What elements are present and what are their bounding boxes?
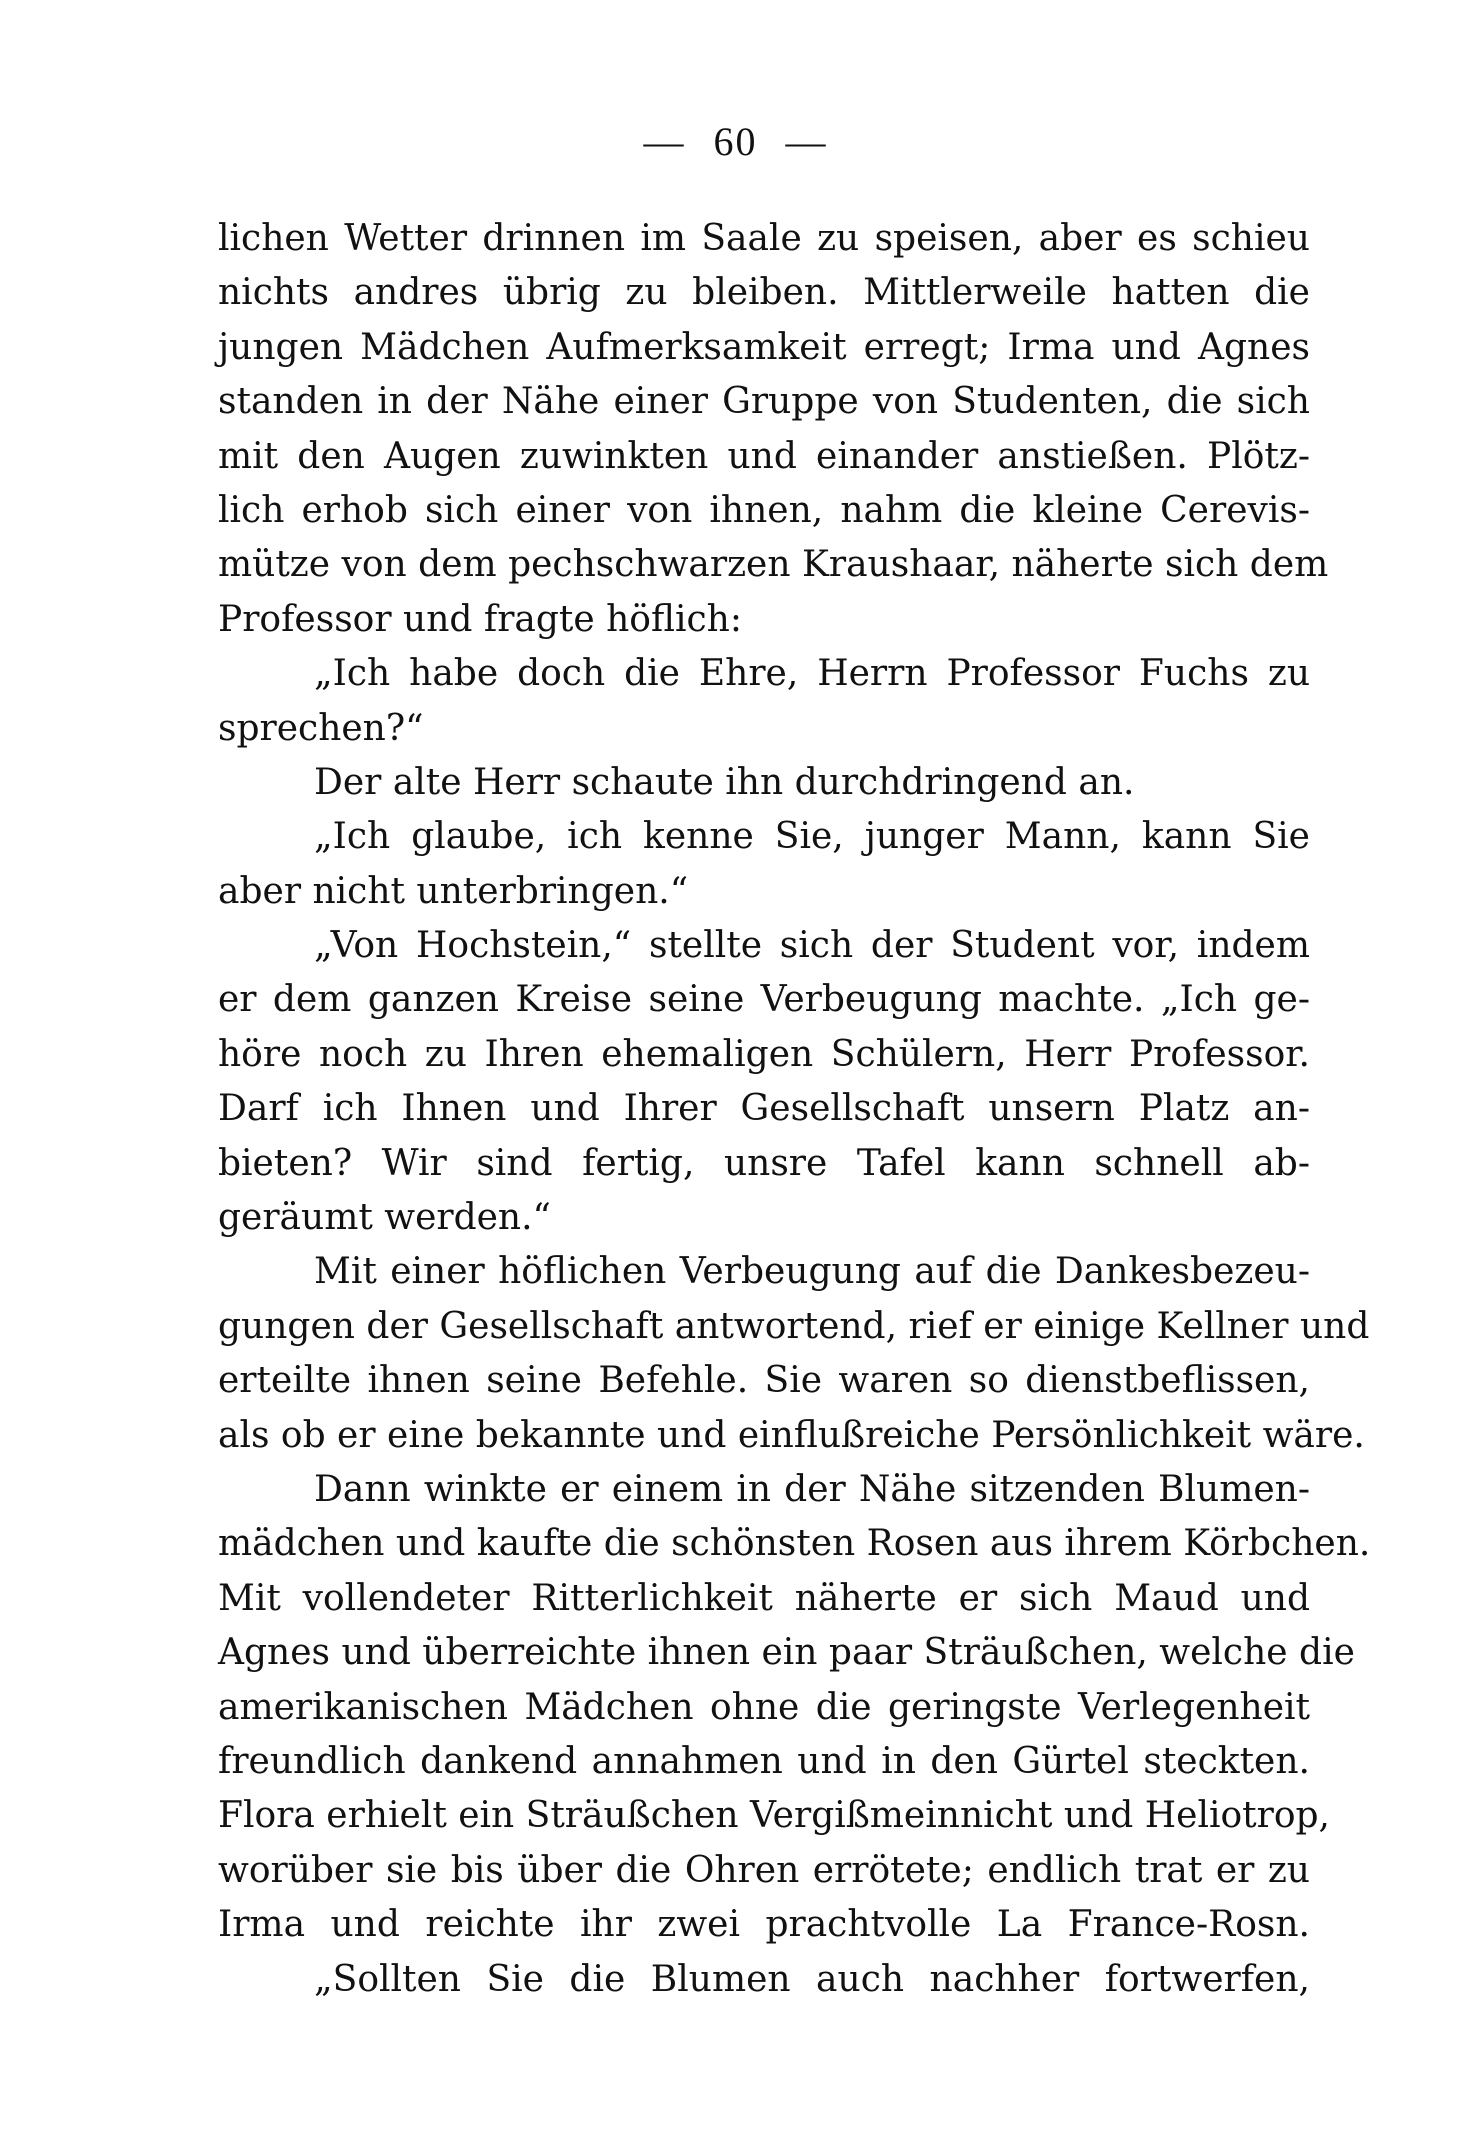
text-line: Flora erhielt ein Sträußchen Vergißmeinn… (218, 1789, 1310, 1843)
text-line: Dann winkte er einem in der Nähe sitzend… (218, 1463, 1310, 1517)
text-line: geräumt werden.“ (218, 1191, 1310, 1245)
text-line: lich erhob sich einer von ihnen, nahm di… (218, 484, 1310, 538)
page-number-header: —60— (0, 118, 1471, 165)
text-line: Der alte Herr schaute ihn durchdringend … (218, 756, 1310, 810)
text-line: Mit einer höflichen Verbeugung auf die D… (218, 1245, 1310, 1299)
text-line: Professor und fragte höflich: (218, 593, 1310, 647)
text-line: mütze von dem pechschwarzen Kraushaar, n… (218, 538, 1310, 592)
text-line: Agnes und überreichte ihnen ein paar Str… (218, 1626, 1310, 1680)
text-line: gungen der Gesellschaft antwortend, rief… (218, 1300, 1310, 1354)
text-line: sprechen?“ (218, 702, 1310, 756)
text-line: Irma und reichte ihr zwei prachtvolle La… (218, 1898, 1310, 1952)
text-line: als ob er eine bekannte und einflußreich… (218, 1409, 1310, 1463)
book-page: —60— lichen Wetter drinnen im Saale zu s… (0, 0, 1471, 2142)
left-dash: — (644, 118, 686, 165)
text-line: „Ich habe doch die Ehre, Herrn Professor… (218, 647, 1310, 701)
text-line: er dem ganzen Kreise seine Verbeugung ma… (218, 973, 1310, 1027)
text-line: Mit vollendeter Ritterlichkeit näherte e… (218, 1572, 1310, 1626)
text-line: worüber sie bis über die Ohren errötete;… (218, 1844, 1310, 1898)
right-dash: — (786, 118, 828, 165)
text-line: aber nicht unterbringen.“ (218, 865, 1310, 919)
text-line: freundlich dankend annahmen und in den G… (218, 1735, 1310, 1789)
text-line: erteilte ihnen seine Befehle. Sie waren … (218, 1354, 1310, 1408)
text-line: jungen Mädchen Aufmerksamkeit erregt; Ir… (218, 321, 1310, 375)
text-line: standen in der Nähe einer Gruppe von Stu… (218, 375, 1310, 429)
text-line: „Ich glaube, ich kenne Sie, junger Mann,… (218, 810, 1310, 864)
text-line: „Sollten Sie die Blumen auch nachher for… (218, 1953, 1310, 2007)
text-line: Darf ich Ihnen und Ihrer Gesellschaft un… (218, 1082, 1310, 1136)
text-line: bieten? Wir sind fertig, unsre Tafel kan… (218, 1137, 1310, 1191)
page-number: 60 (714, 119, 758, 164)
text-line: „Von Hochstein,“ stellte sich der Studen… (218, 919, 1310, 973)
text-line: mit den Augen zuwinkten und einander ans… (218, 430, 1310, 484)
body-text: lichen Wetter drinnen im Saale zu speise… (218, 212, 1310, 2007)
text-line: nichts andres übrig zu bleiben. Mittlerw… (218, 266, 1310, 320)
text-line: amerikanischen Mädchen ohne die geringst… (218, 1681, 1310, 1735)
text-line: höre noch zu Ihren ehemaligen Schülern, … (218, 1028, 1310, 1082)
text-line: mädchen und kaufte die schönsten Rosen a… (218, 1517, 1310, 1571)
text-line: lichen Wetter drinnen im Saale zu speise… (218, 212, 1310, 266)
